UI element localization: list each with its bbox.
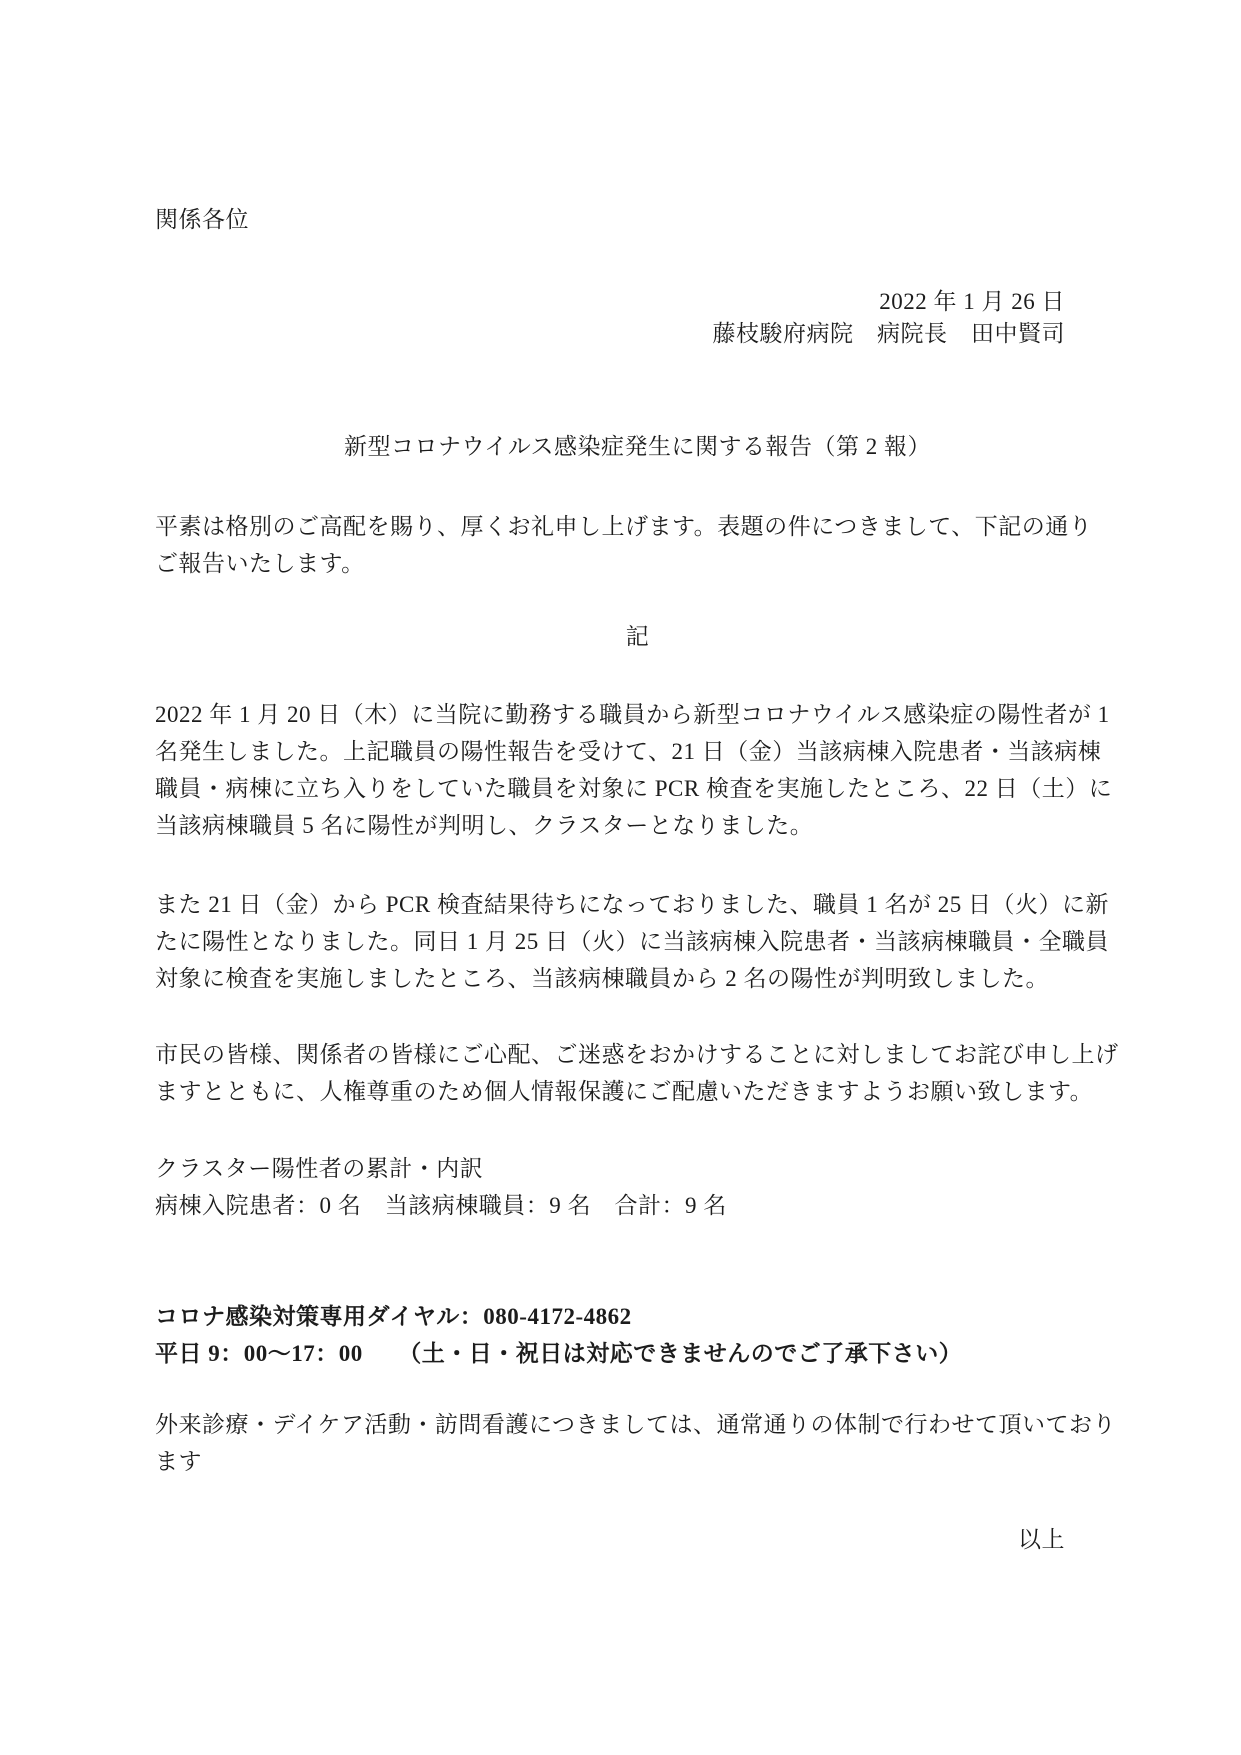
services-paragraph-line: ます (155, 1443, 1120, 1480)
sender-line: 藤枝駿府病院 病院長 田中賢司 (155, 315, 1120, 352)
followup-paragraph-line: また 21 日（金）から PCR 検査結果待ちになっておりました、職員 1 名が… (155, 886, 1120, 923)
hotline-dial-line: コロナ感染対策専用ダイヤル：080-4172-4862 (155, 1298, 1120, 1335)
hotline-section: コロナ感染対策専用ダイヤル：080-4172-4862 平日 9：00～17：0… (155, 1298, 1120, 1372)
greeting-line: ご報告いたします。 (155, 545, 1120, 582)
apology-paragraph: 市民の皆様、関係者の皆様にご心配、ご迷惑をおかけすることに対しましてお詫び申し上… (155, 1036, 1120, 1110)
apology-paragraph-line: ますとともに、人権尊重のため個人情報保護にご配慮いただきますようお願い致します。 (155, 1073, 1120, 1110)
outbreak-paragraph-line: 当該病棟職員 5 名に陽性が判明し、クラスターとなりました。 (155, 807, 1120, 844)
recipient-line: 関係各位 (155, 201, 1120, 238)
hotline-hours-line: 平日 9：00～17：00 （土・日・祝日は対応できませんのでご了承下さい） (155, 1335, 1120, 1372)
document-title: 新型コロナウイルス感染症発生に関する報告（第 2 報） (155, 428, 1120, 465)
cluster-summary: クラスター陽性者の累計・内訳 病棟入院患者：0 名 当該病棟職員：9 名 合計：… (155, 1150, 1120, 1224)
letter-page: 関係各位 2022 年 1 月 26 日 藤枝駿府病院 病院長 田中賢司 新型コ… (0, 0, 1241, 1755)
services-paragraph: 外来診療・デイケア活動・訪問看護につきましては、通常通りの体制で行わせて頂いてお… (155, 1406, 1120, 1480)
cluster-summary-heading: クラスター陽性者の累計・内訳 (155, 1150, 1120, 1187)
outbreak-paragraph-line: 2022 年 1 月 20 日（木）に当院に勤務する職員から新型コロナウイルス感… (155, 696, 1120, 733)
followup-paragraph: また 21 日（金）から PCR 検査結果待ちになっておりました、職員 1 名が… (155, 886, 1120, 997)
greeting-paragraph: 平素は格別のご高配を賜り、厚くお礼申し上げます。表題の件につきまして、下記の通り… (155, 508, 1120, 582)
outbreak-paragraph-line: 職員・病棟に立ち入りをしていた職員を対象に PCR 検査を実施したところ、22 … (155, 770, 1120, 807)
record-marker: 記 (155, 618, 1120, 655)
closing-line: 以上 (155, 1521, 1120, 1558)
followup-paragraph-line: 対象に検査を実施しましたところ、当該病棟職員から 2 名の陽性が判明致しました。 (155, 960, 1120, 997)
followup-paragraph-line: たに陽性となりました。同日 1 月 25 日（火）に当該病棟入院患者・当該病棟職… (155, 923, 1120, 960)
outbreak-paragraph-line: 名発生しました。上記職員の陽性報告を受けて、21 日（金）当該病棟入院患者・当該… (155, 733, 1120, 770)
greeting-line: 平素は格別のご高配を賜り、厚くお礼申し上げます。表題の件につきまして、下記の通り (155, 508, 1120, 545)
services-paragraph-line: 外来診療・デイケア活動・訪問看護につきましては、通常通りの体制で行わせて頂いてお… (155, 1406, 1120, 1443)
outbreak-paragraph: 2022 年 1 月 20 日（木）に当院に勤務する職員から新型コロナウイルス感… (155, 696, 1120, 844)
cluster-summary-breakdown: 病棟入院患者：0 名 当該病棟職員：9 名 合計：9 名 (155, 1187, 1120, 1224)
apology-paragraph-line: 市民の皆様、関係者の皆様にご心配、ご迷惑をおかけすることに対しましてお詫び申し上… (155, 1036, 1120, 1073)
